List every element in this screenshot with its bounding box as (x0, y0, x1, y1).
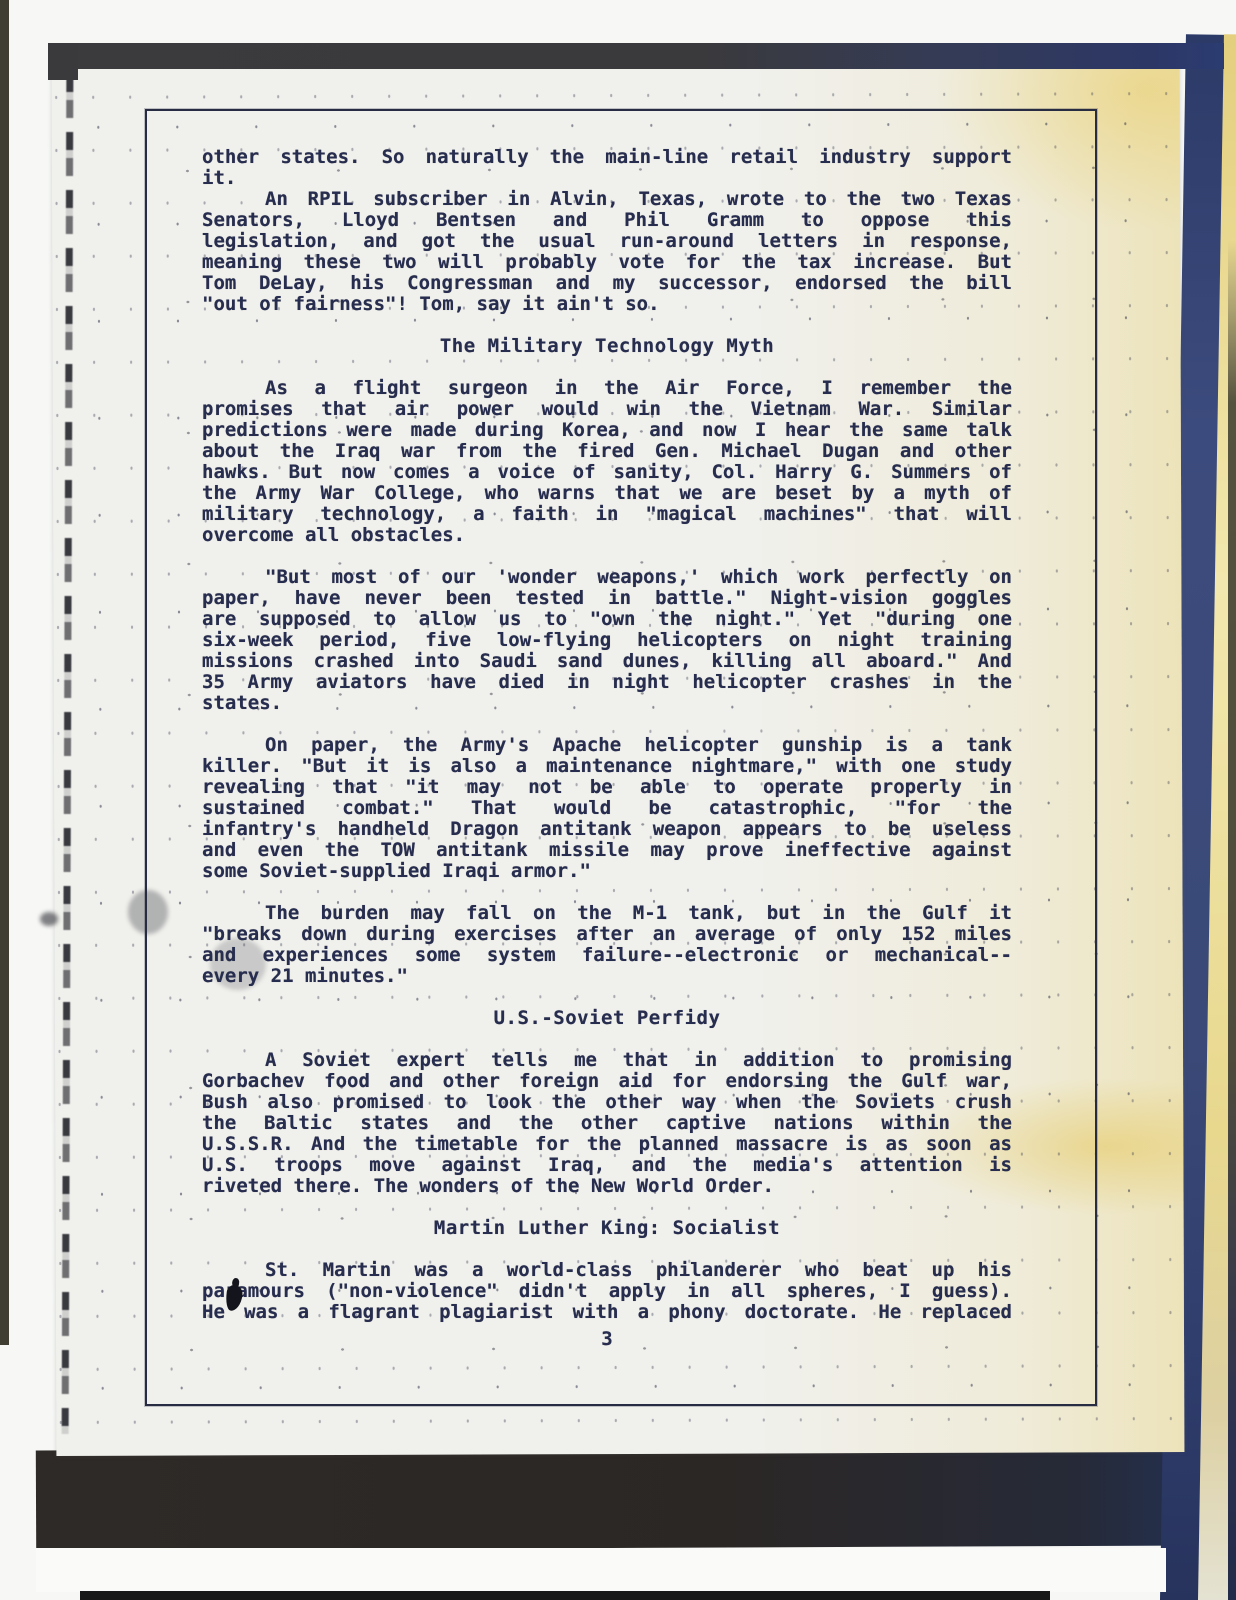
text-line: and experiences some system failure--ele… (202, 945, 1012, 966)
text-line: six-week period, five low-flying helicop… (202, 630, 1012, 651)
text-line: promises that air power would win the Vi… (202, 399, 1012, 420)
text-line: the Army War College, who warns that we … (202, 483, 1012, 504)
paragraph: As a flight surgeon in the Air Force, I … (202, 378, 1012, 546)
text-line: meaning these two will probably vote for… (202, 252, 1012, 273)
text-line: revealing that "it may not be able to op… (202, 777, 1012, 798)
text-line: military technology, a faith in "magical… (202, 504, 1012, 525)
text-line: paper, have never been tested in battle.… (202, 588, 1012, 609)
page-number: 3 (202, 1329, 1012, 1350)
text-line: Bush also promised to look the other way… (202, 1092, 1012, 1113)
paragraph: St. Martin was a world-class philanderer… (202, 1260, 1012, 1323)
top-tape-bar (48, 43, 1224, 69)
section-heading: The Military Technology Myth (202, 336, 1012, 357)
text-line: some Soviet-supplied Iraqi armor." (202, 861, 1012, 882)
text-line: paramours ("non-violence" didn't apply i… (202, 1281, 1012, 1302)
margin-smudge (40, 912, 58, 926)
section-heading: U.S.-Soviet Perfidy (202, 1008, 1012, 1029)
text-line: A Soviet expert tells me that in additio… (202, 1050, 1012, 1071)
text-line: St. Martin was a world-class philanderer… (202, 1260, 1012, 1281)
text-line: missions crashed into Saudi sand dunes, … (202, 651, 1012, 672)
text-line: hawks. But now comes a voice of sanity, … (202, 462, 1012, 483)
text-line: states. (202, 693, 1012, 714)
text-line: U.S. troops move against Iraq, and the m… (202, 1155, 1012, 1176)
right-edge-shadow (1228, 240, 1236, 1600)
section-heading: Martin Luther King: Socialist (202, 1218, 1012, 1239)
text-line: killer. "But it is also a maintenance ni… (202, 756, 1012, 777)
text-line: "out of fairness"! Tom, say it ain't so. (202, 294, 1012, 315)
bottom-tape-bar (36, 1445, 1194, 1550)
text-line: overcome all obstacles. (202, 525, 1012, 546)
text-line: He was a flagrant plagiarist with a phon… (202, 1302, 1012, 1323)
text-line: infantry's handheld Dragon antitank weap… (202, 819, 1012, 840)
paragraph: A Soviet expert tells me that in additio… (202, 1050, 1012, 1197)
text-line: Tom DeLay, his Congressman and my succes… (202, 273, 1012, 294)
text-line: As a flight surgeon in the Air Force, I … (202, 378, 1012, 399)
top-tape-bar-notch (48, 43, 78, 80)
text-line: and even the TOW antitank missile may pr… (202, 840, 1012, 861)
paragraph: On paper, the Army's Apache helicopter g… (202, 735, 1012, 882)
bottom-white-strip (36, 1548, 1166, 1592)
text-line: An RPIL subscriber in Alvin, Texas, wrot… (202, 189, 1012, 210)
text-line: riveted there. The wonders of the New Wo… (202, 1176, 1012, 1197)
text-block: other states. So naturally the main-line… (202, 147, 1012, 1350)
text-line: every 21 minutes." (202, 966, 1012, 987)
paragraph: other states. So naturally the main-line… (202, 147, 1012, 189)
text-line: Gorbachev food and other foreign aid for… (202, 1071, 1012, 1092)
text-line: legislation, and got the usual run-aroun… (202, 231, 1012, 252)
paragraph: An RPIL subscriber in Alvin, Texas, wrot… (202, 189, 1012, 315)
paragraph: The burden may fall on the M-1 tank, but… (202, 903, 1012, 987)
text-line: predictions were made during Korea, and … (202, 420, 1012, 441)
text-line: The burden may fall on the M-1 tank, but… (202, 903, 1012, 924)
text-line: 35 Army aviators have died in night heli… (202, 672, 1012, 693)
text-line: U.S.S.R. And the timetable for the plann… (202, 1134, 1012, 1155)
bottom-black-strip (80, 1591, 1050, 1600)
text-line: other states. So naturally the main-line… (202, 147, 1012, 168)
text-line: sustained combat." That would be catastr… (202, 798, 1012, 819)
text-line: "But most of our 'wonder weapons,' which… (202, 567, 1012, 588)
text-line: Senators, Lloyd Bentsen and Phil Gramm t… (202, 210, 1012, 231)
text-line: about the Iraq war from the fired Gen. M… (202, 441, 1012, 462)
text-line: On paper, the Army's Apache helicopter g… (202, 735, 1012, 756)
scanned-document-page: other states. So naturally the main-line… (0, 0, 1236, 1600)
scanner-edge-strip (0, 0, 9, 1345)
text-line: it. (202, 168, 1012, 189)
text-line: are supposed to allow us to "own the nig… (202, 609, 1012, 630)
text-line: "breaks down during exercises after an a… (202, 924, 1012, 945)
paragraph: "But most of our 'wonder weapons,' which… (202, 567, 1012, 714)
text-line: the Baltic states and the other captive … (202, 1113, 1012, 1134)
